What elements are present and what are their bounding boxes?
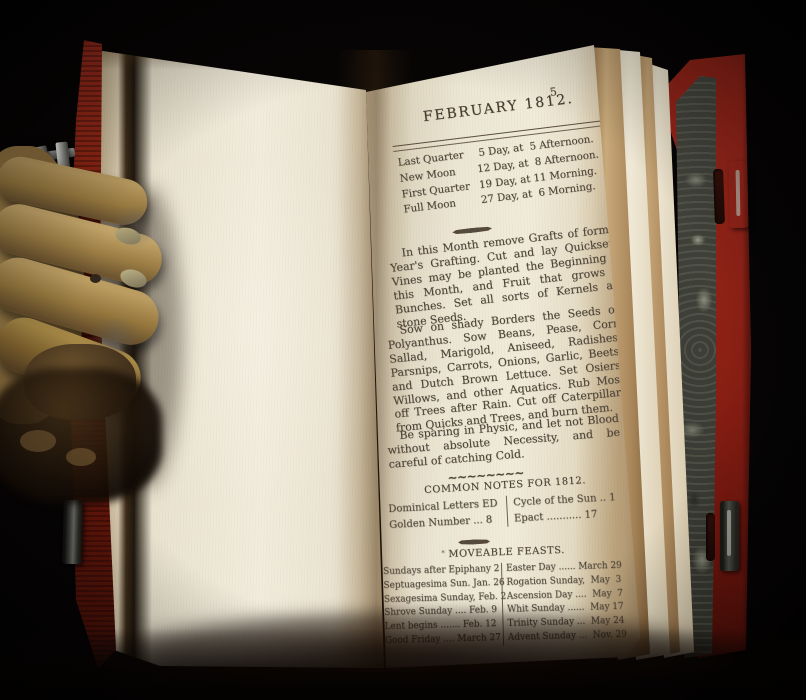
hand-glint [66, 448, 96, 466]
bottom-darkness [0, 628, 806, 700]
photo-frame: FEBRUARY 1812. 5 Last Quarter 5 Day, at … [0, 0, 806, 700]
diamond-rule-ornament [452, 226, 492, 235]
book-clasp-right-top [728, 161, 748, 228]
clasp-highlight [736, 170, 741, 216]
moveable-feasts-title-text: MOVEABLE FEASTS. [448, 545, 565, 560]
finger-dark-spot [90, 274, 101, 283]
common-notes-table: Dominical Letters ED Golden Number ... 8… [388, 490, 619, 533]
hand-glint [20, 430, 56, 452]
gutter-shadow [338, 50, 412, 672]
notes-right-column: Cycle of the Sun .. 1 Epact ........... … [507, 490, 617, 527]
diamond-rule-ornament [458, 539, 490, 545]
book-clasp-left-bottom [62, 500, 83, 564]
book-clasp-right-bottom [720, 501, 739, 571]
print-artifact-mark: * [441, 549, 445, 557]
clasp-highlight [727, 510, 731, 556]
clasp-keeper-slot-top [713, 169, 725, 224]
moveable-feasts-title: *MOVEABLE FEASTS. [390, 543, 616, 562]
page-number: 5 [549, 85, 558, 99]
hand-holding-book [0, 130, 205, 490]
page-header: FEBRUARY 1812. [400, 88, 596, 128]
clasp-keeper-slot-bottom [706, 513, 715, 561]
